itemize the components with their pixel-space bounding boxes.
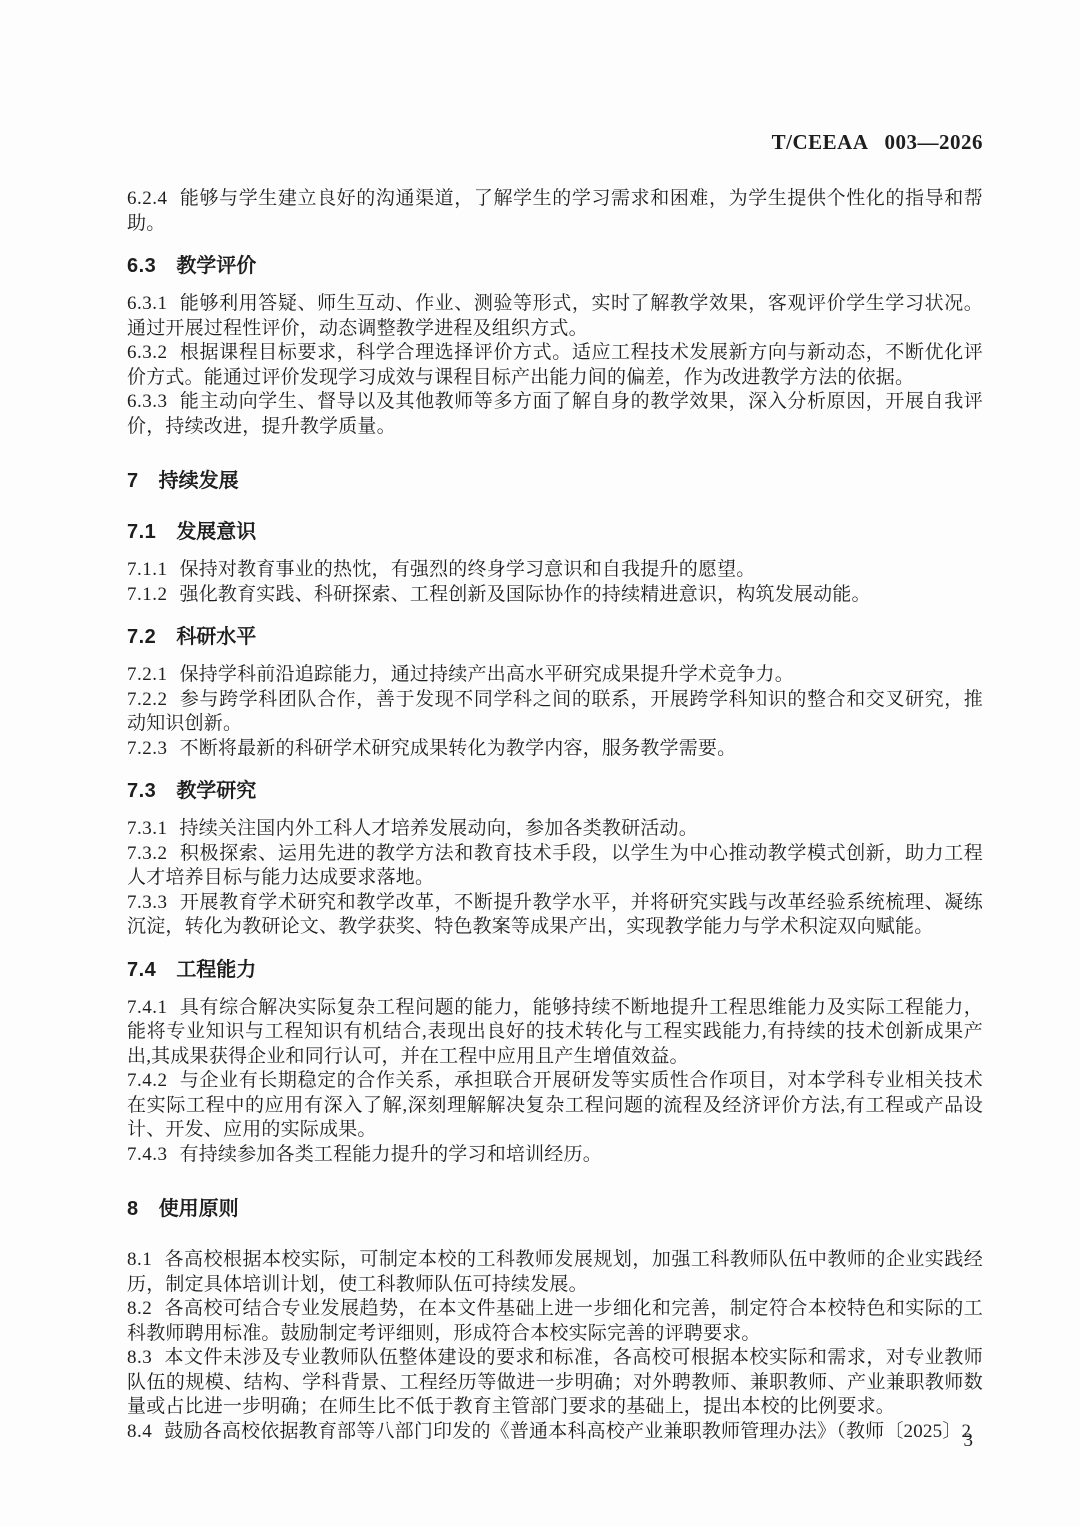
clause-8.2: 8.2各高校可结合专业发展趋势，在本文件基础上进一步细化和完善，制定符合本校特色… bbox=[127, 1297, 983, 1346]
clause-number: 7.4.3 bbox=[127, 1144, 168, 1165]
clause-number: 7.3.2 bbox=[127, 843, 168, 864]
heading-number: 7.2 bbox=[127, 626, 156, 648]
clause-number: 7.1.2 bbox=[127, 584, 168, 605]
heading-title: 教学评价 bbox=[176, 255, 256, 277]
section-heading-7: 7持续发展 bbox=[127, 469, 983, 494]
clause-8.4: 8.4鼓励各高校依据教育部等八部门印发的《普通本科高校产业兼职教师管理办法》（教… bbox=[127, 1420, 983, 1445]
clause-text: 根据课程目标要求，科学合理选择评价方式。适应工程技术发展新方向与新动态，不断优化… bbox=[127, 342, 983, 388]
clause-text: 保持对教育事业的热忱，有强烈的终身学习意识和自我提升的愿望。 bbox=[180, 559, 756, 580]
clause-number: 6.3.1 bbox=[127, 293, 168, 314]
clause-number: 7.4.1 bbox=[127, 997, 168, 1018]
clause-number: 7.3.3 bbox=[127, 892, 168, 913]
clause-7.4.2: 7.4.2与企业有长期稳定的合作关系，承担联合开展研发等实质性合作项目，对本学科… bbox=[127, 1069, 983, 1143]
clause-7.2.1: 7.2.1保持学科前沿追踪能力，通过持续产出高水平研究成果提升学术竞争力。 bbox=[127, 663, 983, 688]
document-body: 6.2.4能够与学生建立良好的沟通渠道，了解学生的学习需求和困难，为学生提供个性… bbox=[127, 187, 983, 1444]
heading-number: 6.3 bbox=[127, 255, 156, 277]
heading-title: 使用原则 bbox=[159, 1198, 239, 1220]
clause-7.3.3: 7.3.3开展教育学术研究和教学改革，不断提升教学水平，并将研究实践与改革经验系… bbox=[127, 891, 983, 940]
clause-7.3.2: 7.3.2积极探索、运用先进的教学方法和教育技术手段，以学生为中心推动教学模式创… bbox=[127, 842, 983, 891]
page-number: 3 bbox=[964, 1430, 974, 1451]
clause-text: 积极探索、运用先进的教学方法和教育技术手段，以学生为中心推动教学模式创新，助力工… bbox=[127, 843, 983, 889]
clause-number: 6.3.2 bbox=[127, 342, 168, 363]
clause-7.1.1: 7.1.1保持对教育事业的热忱，有强烈的终身学习意识和自我提升的愿望。 bbox=[127, 558, 983, 583]
heading-number: 7.4 bbox=[127, 959, 156, 981]
clause-text: 各高校根据本校实际，可制定本校的工科教师发展规划，加强工科教师队伍中教师的企业实… bbox=[127, 1249, 983, 1295]
clause-text: 本文件未涉及专业教师队伍整体建设的要求和标准，各高校可根据本校实际和需求，对专业… bbox=[127, 1347, 983, 1417]
standard-number: 003—2026 bbox=[885, 130, 984, 154]
heading-title: 持续发展 bbox=[159, 470, 239, 492]
section-heading-7.1: 7.1发展意识 bbox=[127, 520, 983, 545]
clause-6.3.1: 6.3.1能够利用答疑、师生互动、作业、测验等形式，实时了解教学效果，客观评价学… bbox=[127, 292, 983, 341]
clause-text: 不断将最新的科研学术研究成果转化为教学内容，服务教学需要。 bbox=[180, 738, 737, 759]
heading-number: 7.3 bbox=[127, 780, 156, 802]
clause-number: 7.2.1 bbox=[127, 664, 168, 685]
clause-text: 参与跨学科团队合作，善于发现不同学科之间的联系，开展跨学科知识的整合和交叉研究，… bbox=[127, 689, 983, 735]
page-footer: 3 bbox=[964, 1430, 974, 1452]
section-heading-6.3: 6.3教学评价 bbox=[127, 254, 983, 279]
heading-number: 7.1 bbox=[127, 521, 156, 543]
clause-text: 能主动向学生、督导以及其他教师等多方面了解自身的教学效果，深入分析原因，开展自我… bbox=[127, 391, 983, 437]
clause-number: 6.3.3 bbox=[127, 391, 168, 412]
heading-number: 7 bbox=[127, 470, 139, 492]
clause-text: 与企业有长期稳定的合作关系，承担联合开展研发等实质性合作项目，对本学科专业相关技… bbox=[127, 1070, 983, 1140]
document-page: T/CEEAA003—2026 6.2.4能够与学生建立良好的沟通渠道，了解学生… bbox=[0, 0, 1080, 1527]
clause-6.3.3: 6.3.3能主动向学生、督导以及其他教师等多方面了解自身的教学效果，深入分析原因… bbox=[127, 390, 983, 439]
heading-title: 发展意识 bbox=[176, 521, 256, 543]
clause-text: 开展教育学术研究和教学改革，不断提升教学水平，并将研究实践与改革经验系统梳理、凝… bbox=[127, 892, 983, 938]
clause-8.3: 8.3本文件未涉及专业教师队伍整体建设的要求和标准，各高校可根据本校实际和需求，… bbox=[127, 1346, 983, 1420]
clause-6.3.2: 6.3.2根据课程目标要求，科学合理选择评价方式。适应工程技术发展新方向与新动态… bbox=[127, 341, 983, 390]
clause-7.4.3: 7.4.3有持续参加各类工程能力提升的学习和培训经历。 bbox=[127, 1143, 983, 1168]
clause-text: 能够利用答疑、师生互动、作业、测验等形式，实时了解教学效果，客观评价学生学习状况… bbox=[127, 293, 983, 339]
section-heading-7.3: 7.3教学研究 bbox=[127, 779, 983, 804]
heading-number: 8 bbox=[127, 1198, 139, 1220]
clause-number: 7.4.2 bbox=[127, 1070, 168, 1091]
clause-6.2.4: 6.2.4能够与学生建立良好的沟通渠道，了解学生的学习需求和困难，为学生提供个性… bbox=[127, 187, 983, 236]
clause-7.3.1: 7.3.1持续关注国内外工科人才培养发展动向，参加各类教研活动。 bbox=[127, 817, 983, 842]
section-heading-7.2: 7.2科研水平 bbox=[127, 625, 983, 650]
clause-number: 7.2.2 bbox=[127, 689, 168, 710]
clause-number: 7.3.1 bbox=[127, 818, 168, 839]
clause-number: 8.2 bbox=[127, 1298, 152, 1319]
clause-text: 持续关注国内外工科人才培养发展动向，参加各类教研活动。 bbox=[180, 818, 698, 839]
section-heading-8: 8使用原则 bbox=[127, 1197, 983, 1222]
clause-number: 6.2.4 bbox=[127, 188, 168, 209]
clause-text: 各高校可结合专业发展趋势，在本文件基础上进一步细化和完善，制定符合本校特色和实际… bbox=[127, 1298, 983, 1344]
clause-7.2.2: 7.2.2参与跨学科团队合作，善于发现不同学科之间的联系，开展跨学科知识的整合和… bbox=[127, 688, 983, 737]
clause-text: 能够与学生建立良好的沟通渠道，了解学生的学习需求和困难，为学生提供个性化的指导和… bbox=[127, 188, 983, 234]
clause-7.2.3: 7.2.3不断将最新的科研学术研究成果转化为教学内容，服务教学需要。 bbox=[127, 737, 983, 762]
clause-number: 7.1.1 bbox=[127, 559, 168, 580]
clause-text: 有持续参加各类工程能力提升的学习和培训经历。 bbox=[180, 1144, 602, 1165]
clause-number: 7.2.3 bbox=[127, 738, 168, 759]
clause-text: 具有综合解决实际复杂工程问题的能力，能够持续不断地提升工程思维能力及实际工程能力… bbox=[127, 997, 983, 1067]
clause-7.4.1: 7.4.1具有综合解决实际复杂工程问题的能力，能够持续不断地提升工程思维能力及实… bbox=[127, 996, 983, 1070]
section-heading-7.4: 7.4工程能力 bbox=[127, 958, 983, 983]
clause-number: 8.4 bbox=[127, 1421, 152, 1442]
clause-text: 保持学科前沿追踪能力，通过持续产出高水平研究成果提升学术竞争力。 bbox=[180, 664, 794, 685]
heading-title: 科研水平 bbox=[176, 626, 256, 648]
clause-number: 8.3 bbox=[127, 1347, 152, 1368]
standard-code: T/CEEAA bbox=[772, 130, 869, 154]
heading-title: 工程能力 bbox=[176, 959, 256, 981]
clause-7.1.2: 7.1.2强化教育实践、科研探索、工程创新及国际协作的持续精进意识，构筑发展动能… bbox=[127, 583, 983, 608]
clause-8.1: 8.1各高校根据本校实际，可制定本校的工科教师发展规划，加强工科教师队伍中教师的… bbox=[127, 1248, 983, 1297]
heading-title: 教学研究 bbox=[176, 780, 256, 802]
clause-text: 鼓励各高校依据教育部等八部门印发的《普通本科高校产业兼职教师管理办法》（教师〔2… bbox=[164, 1421, 971, 1442]
clause-text: 强化教育实践、科研探索、工程创新及国际协作的持续精进意识，构筑发展动能。 bbox=[180, 584, 871, 605]
clause-number: 8.1 bbox=[127, 1249, 152, 1270]
document-header: T/CEEAA003—2026 bbox=[772, 130, 983, 155]
